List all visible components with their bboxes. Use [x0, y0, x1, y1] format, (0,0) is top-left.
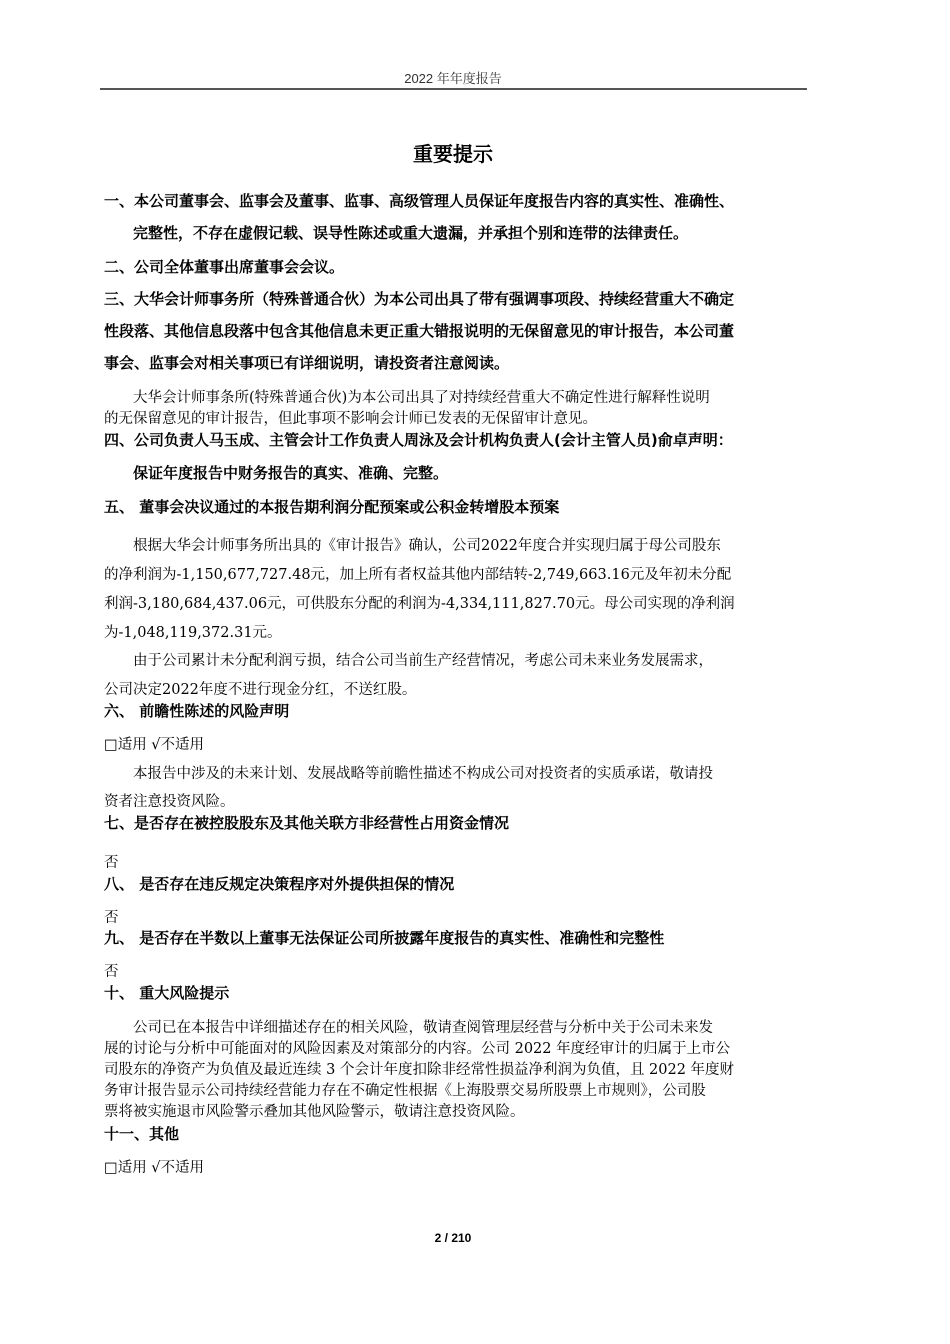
section-3-heading-cont: 事会、监事会对相关事项已有详细说明，请投资者注意阅读。	[104, 352, 509, 373]
section-10-body: 展的讨论与分析中可能面对的风险因素及对策部分的内容。公司 2022 年度经审计的…	[104, 1037, 730, 1058]
section-10-body: 票将被实施退市风险警示叠加其他风险警示，敬请注意投资风险。	[104, 1100, 525, 1121]
section-5-body: 为-1,048,119,372.31元。	[104, 621, 282, 642]
page-number: 2 / 210	[0, 1231, 906, 1245]
section-1-heading: 一、本公司董事会、监事会及董事、监事、高级管理人员保证年度报告内容的真实性、准确…	[104, 190, 734, 211]
header-divider	[100, 88, 807, 90]
applicability-checkbox: □适用 √不适用	[104, 1156, 204, 1177]
section-5-body: 公司决定2022年度不进行现金分红，不送红股。	[104, 678, 416, 699]
section-1-heading-cont: 完整性，不存在虚假记载、误导性陈述或重大遗漏，并承担个别和连带的法律责任。	[133, 222, 688, 243]
section-10-body: 务审计报告显示公司持续经营能力存在不确定性根据《上海股票交易所股票上市规则》，公…	[104, 1079, 706, 1100]
page-title: 重要提示	[0, 138, 906, 167]
section-10-body: 司股东的净资产为负值及最近连续 3 个会计年度扣除非经常性损益净利润为负值，且 …	[104, 1058, 734, 1079]
section-8-heading: 八、 是否存在违反规定决策程序对外提供担保的情况	[104, 873, 454, 894]
running-header: 2022 年年度报告	[0, 68, 906, 87]
section-8-answer: 否	[104, 906, 119, 927]
section-10-heading: 十、 重大风险提示	[104, 982, 229, 1003]
section-3-heading-cont: 性段落、其他信息段落中包含其他信息未更正重大错报说明的无保留意见的审计报告，本公…	[104, 320, 734, 341]
section-9-heading: 九、 是否存在半数以上董事无法保证公司所披露年度报告的真实性、准确性和完整性	[104, 927, 664, 948]
section-5-body: 的净利润为-1,150,677,727.48元，加上所有者权益其他内部结转-2,…	[104, 563, 731, 584]
applicability-checkbox: □适用 √不适用	[104, 733, 204, 754]
section-5-body: 根据大华会计师事务所出具的《审计报告》确认，公司2022年度合并实现归属于母公司…	[133, 534, 721, 555]
section-10-body: 公司已在本报告中详细描述存在的相关风险，敬请查阅管理层经营与分析中关于公司未来发	[133, 1016, 713, 1037]
section-4-heading: 四、公司负责人马玉成、主管会计工作负责人周泳及会计机构负责人(会计主管人员)俞卓…	[104, 429, 733, 450]
section-5-heading: 五、 董事会决议通过的本报告期利润分配预案或公积金转增股本预案	[104, 496, 559, 517]
document-page: 2022 年年度报告 重要提示 一、本公司董事会、监事会及董事、监事、高级管理人…	[0, 0, 950, 1344]
section-6-body: 资者注意投资风险。	[104, 790, 235, 811]
section-5-body: 利润-3,180,684,437.06元，可供股东分配的利润为-4,334,11…	[104, 592, 735, 613]
section-11-heading: 十一、其他	[104, 1123, 179, 1144]
section-3-heading: 三、大华会计师事务所（特殊普通合伙）为本公司出具了带有强调事项段、持续经营重大不…	[104, 288, 734, 309]
section-9-answer: 否	[104, 960, 119, 981]
section-7-heading: 七、是否存在被控股股东及其他关联方非经营性占用资金情况	[104, 812, 509, 833]
section-6-body: 本报告中涉及的未来计划、发展战略等前瞻性描述不构成公司对投资者的实质承诺，敬请投	[133, 762, 713, 783]
section-3-body: 的无保留意见的审计报告，但此事项不影响会计师已发表的无保留审计意见。	[104, 407, 597, 428]
section-2-heading: 二、公司全体董事出席董事会会议。	[104, 256, 344, 277]
section-4-heading-cont: 保证年度报告中财务报告的真实、准确、完整。	[133, 462, 448, 483]
section-6-heading: 六、 前瞻性陈述的风险声明	[104, 700, 289, 721]
section-7-answer: 否	[104, 851, 119, 872]
section-3-body: 大华会计师事条所(特殊普通合伙)为本公司出具了对持续经营重大不确定性进行解释性说…	[133, 386, 710, 407]
section-5-body: 由于公司累计未分配利润亏损，结合公司当前生产经营情况，考虑公司未来业务发展需求，	[133, 649, 713, 670]
